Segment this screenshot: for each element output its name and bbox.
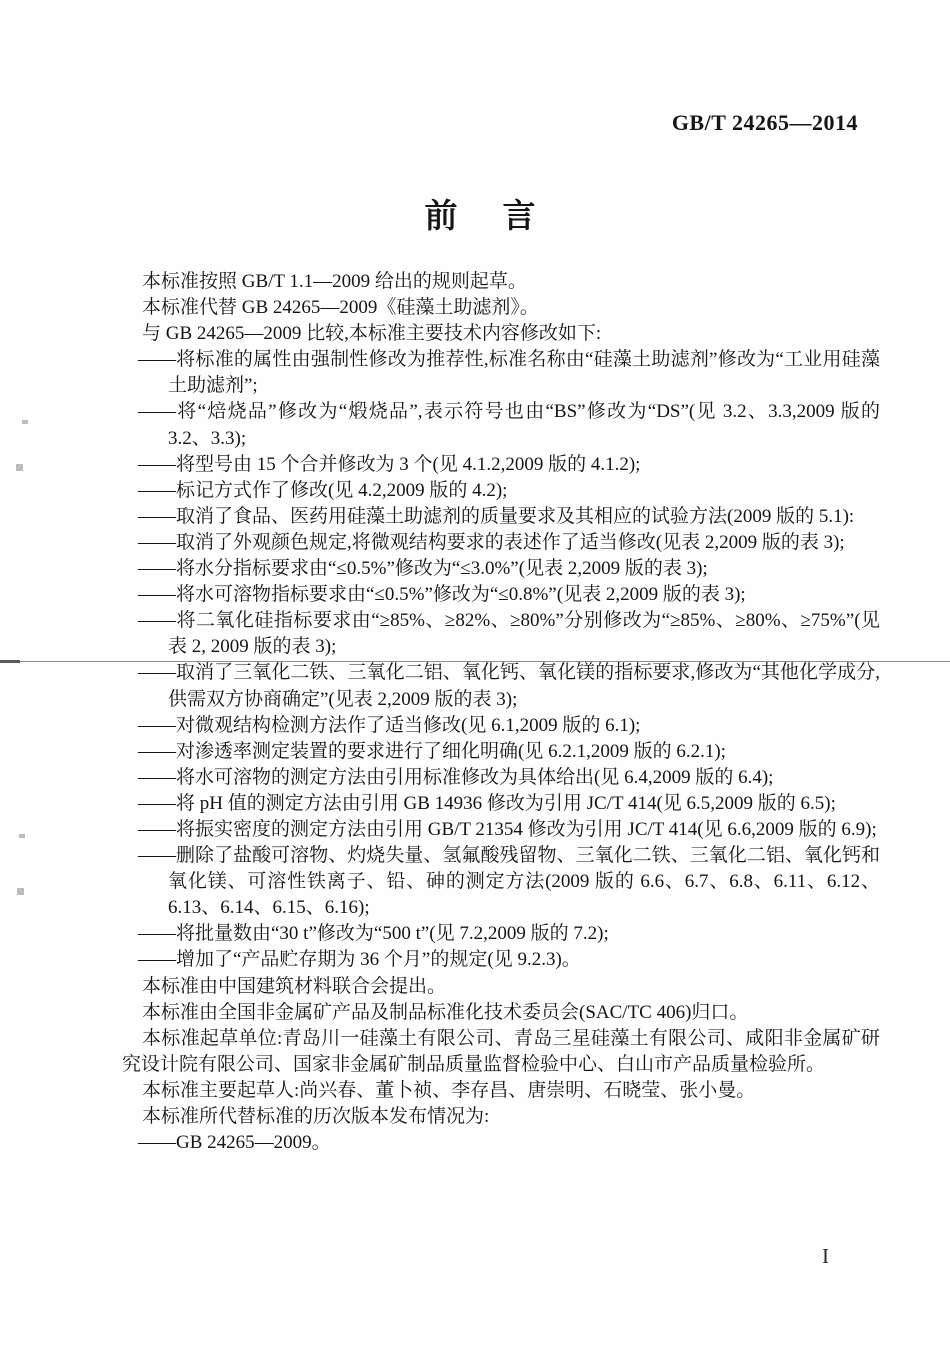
paragraph: 本标准代替 GB 24265—2009《硅藻土助滤剂》。 xyxy=(122,295,880,321)
scan-speck xyxy=(22,420,28,424)
paragraph: 与 GB 24265—2009 比较,本标准主要技术内容修改如下: xyxy=(122,321,880,347)
paragraph: 本标准主要起草人:尚兴春、董卜祯、李存昌、唐崇明、石晓莹、张小曼。 xyxy=(122,1078,880,1104)
scan-speck xyxy=(16,464,23,471)
list-item: ——对微观结构检测方法作了适当修改(见 6.1,2009 版的 6.1); xyxy=(122,713,880,739)
paragraph: 本标准起草单位:青岛川一硅藻土有限公司、青岛三星硅藻土有限公司、咸阳非金属矿研究… xyxy=(122,1026,880,1078)
page-title: 前 言 xyxy=(0,190,950,237)
list-item: ——将“焙烧品”修改为“煅烧品”,表示符号也由“BS”修改为“DS”(见 3.2… xyxy=(122,399,880,451)
paragraph: 本标准按照 GB/T 1.1—2009 给出的规则起草。 xyxy=(122,269,880,295)
paragraph: 本标准由中国建筑材料联合会提出。 xyxy=(122,974,880,1000)
list-item: ——取消了食品、医药用硅藻土助滤剂的质量要求及其相应的试验方法(2009 版的 … xyxy=(122,504,880,530)
list-item: ——标记方式作了修改(见 4.2,2009 版的 4.2); xyxy=(122,478,880,504)
scan-speck xyxy=(19,834,25,838)
list-item: ——将水可溶物的测定方法由引用标准修改为具体给出(见 6.4,2009 版的 6… xyxy=(122,765,880,791)
list-item: ——将振实密度的测定方法由引用 GB/T 21354 修改为引用 JC/T 41… xyxy=(122,817,880,843)
scan-artifact-line-tip xyxy=(0,660,20,663)
paragraph: 本标准由全国非金属矿产品及制品标准化技术委员会(SAC/TC 406)归口。 xyxy=(122,1000,880,1026)
scan-speck xyxy=(17,888,24,895)
list-item: ——将标准的属性由强制性修改为推荐性,标准名称由“硅藻土助滤剂”修改为“工业用硅… xyxy=(122,347,880,399)
list-item: ——将批量数由“30 t”修改为“500 t”(见 7.2,2009 版的 7.… xyxy=(122,921,880,947)
page-number: I xyxy=(822,1244,829,1269)
list-item: ——取消了三氧化二铁、三氧化二铝、氧化钙、氧化镁的指标要求,修改为“其他化学成分… xyxy=(122,660,880,712)
standard-code: GB/T 24265—2014 xyxy=(672,110,858,136)
list-item: ——将水分指标要求由“≤0.5%”修改为“≤3.0%”(见表 2,2009 版的… xyxy=(122,556,880,582)
paragraph: 本标准所代替标准的历次版本发布情况为: xyxy=(122,1104,880,1130)
list-item: ——将水可溶物指标要求由“≤0.5%”修改为“≤0.8%”(见表 2,2009 … xyxy=(122,582,880,608)
list-item: ——删除了盐酸可溶物、灼烧失量、氢氟酸残留物、三氧化二铁、三氧化二铝、氧化钙和氧… xyxy=(122,843,880,921)
list-item: ——对渗透率测定装置的要求进行了细化明确(见 6.2.1,2009 版的 6.2… xyxy=(122,739,880,765)
foreword-body: 本标准按照 GB/T 1.1—2009 给出的规则起草。本标准代替 GB 242… xyxy=(122,269,880,1156)
scan-artifact-line xyxy=(0,661,950,662)
list-item: ——将型号由 15 个合并修改为 3 个(见 4.1.2,2009 版的 4.1… xyxy=(122,452,880,478)
list-item: ——增加了“产品贮存期为 36 个月”的规定(见 9.2.3)。 xyxy=(122,947,880,973)
document-page: GB/T 24265—2014 前 言 本标准按照 GB/T 1.1—2009 … xyxy=(0,0,950,1350)
list-item: ——将二氧化硅指标要求由“≥85%、≥82%、≥80%”分别修改为“≥85%、≥… xyxy=(122,608,880,660)
list-item: ——将 pH 值的测定方法由引用 GB 14936 修改为引用 JC/T 414… xyxy=(122,791,880,817)
list-item: ——GB 24265—2009。 xyxy=(122,1130,880,1156)
list-item: ——取消了外观颜色规定,将微观结构要求的表述作了适当修改(见表 2,2009 版… xyxy=(122,530,880,556)
